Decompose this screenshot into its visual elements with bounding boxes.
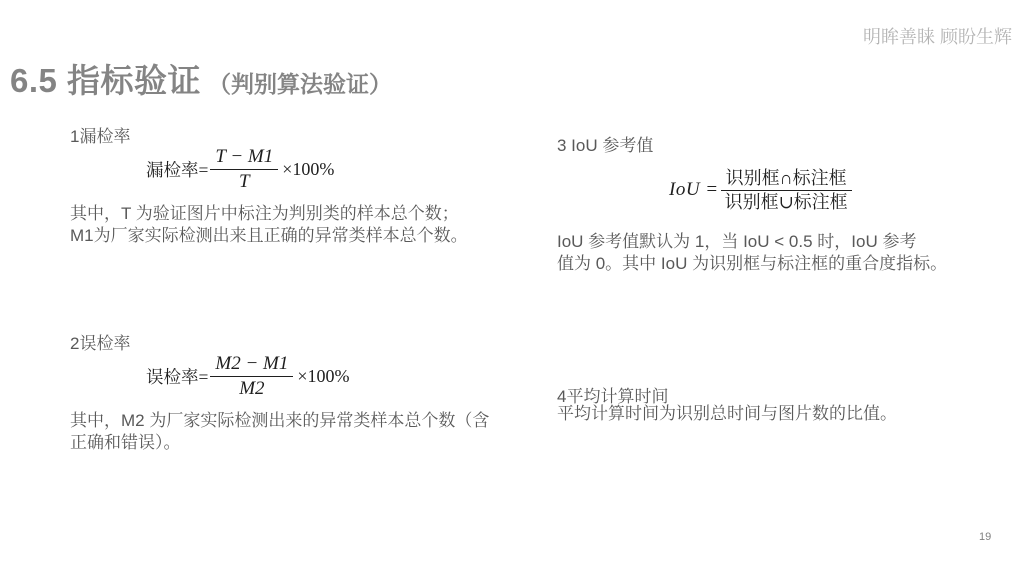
formula-iou: IoU = 识别框∩标注框 识别框∪标注框 (669, 168, 856, 213)
formula-false-rate-fraction: M2 − M1 M2 (210, 353, 293, 400)
note-miss-rate-line2: M1为厂家实际检测出来且正确的异常类样本总个数。 (70, 225, 468, 247)
note-iou-line2: 值为 0。其中 IoU 为识别框与标注框的重合度指标。 (557, 253, 947, 275)
formula-false-rate-rhs: ×100% (295, 366, 349, 387)
formula-miss-rate-fraction: T − M1 T (210, 146, 278, 193)
note-false-rate-line2: 正确和错误）。 (70, 432, 489, 454)
section-heading-miss-rate: 1漏检率 (70, 122, 130, 147)
formula-miss-rate-denominator: T (239, 170, 250, 193)
formula-false-rate-denominator: M2 (239, 377, 264, 400)
section-heading-false-rate: 2误检率 (70, 329, 130, 354)
formula-false-rate-lhs: 误检率= (146, 364, 208, 389)
slide-title-main: 6.5 指标验证 (10, 55, 201, 102)
note-iou: IoU 参考值默认为 1，当 IoU < 0.5 时，IoU 参考 值为 0。其… (557, 231, 947, 274)
note-false-rate-line1: 其中，M2 为厂家实际检测出来的异常类样本总个数（含 (70, 410, 489, 432)
formula-false-rate: 误检率= M2 − M1 M2 ×100% (146, 353, 350, 400)
formula-iou-denominator: 识别框∪标注框 (725, 191, 848, 213)
section-heading-iou: 3 IoU 参考值 (557, 131, 653, 156)
slide-title-sub: （判别算法验证） (208, 66, 392, 99)
note-avg-time: 平均计算时间为识别总时间与图片数的比值。 (557, 403, 897, 425)
presentation-slide: 6.5 指标验证 （判别算法验证） 明眸善睐 顾盼生辉 1漏检率 漏检率= T … (0, 0, 1024, 576)
formula-miss-rate: 漏检率= T − M1 T ×100% (146, 146, 334, 193)
slide-title: 6.5 指标验证 （判别算法验证） (10, 55, 392, 102)
note-miss-rate-line1: 其中，T 为验证图片中标注为判别类的样本总个数； (70, 203, 468, 225)
note-false-rate: 其中，M2 为厂家实际检测出来的异常类样本总个数（含 正确和错误）。 (70, 410, 489, 453)
page-number: 19 (979, 531, 991, 543)
formula-iou-lhs: IoU = (669, 179, 719, 201)
formula-false-rate-numerator: M2 − M1 (210, 353, 293, 377)
formula-miss-rate-rhs: ×100% (280, 159, 334, 180)
formula-miss-rate-lhs: 漏检率= (146, 157, 208, 182)
note-iou-line1: IoU 参考值默认为 1，当 IoU < 0.5 时，IoU 参考 (557, 231, 947, 253)
formula-iou-numerator: 识别框∩标注框 (721, 168, 852, 191)
formula-miss-rate-numerator: T − M1 (210, 146, 278, 170)
formula-iou-fraction: 识别框∩标注框 识别框∪标注框 (721, 168, 852, 213)
slogan-text: 明眸善睐 顾盼生辉 (863, 23, 1012, 49)
note-miss-rate: 其中，T 为验证图片中标注为判别类的样本总个数； M1为厂家实际检测出来且正确的… (70, 203, 468, 246)
note-avg-time-line1: 平均计算时间为识别总时间与图片数的比值。 (557, 403, 897, 425)
